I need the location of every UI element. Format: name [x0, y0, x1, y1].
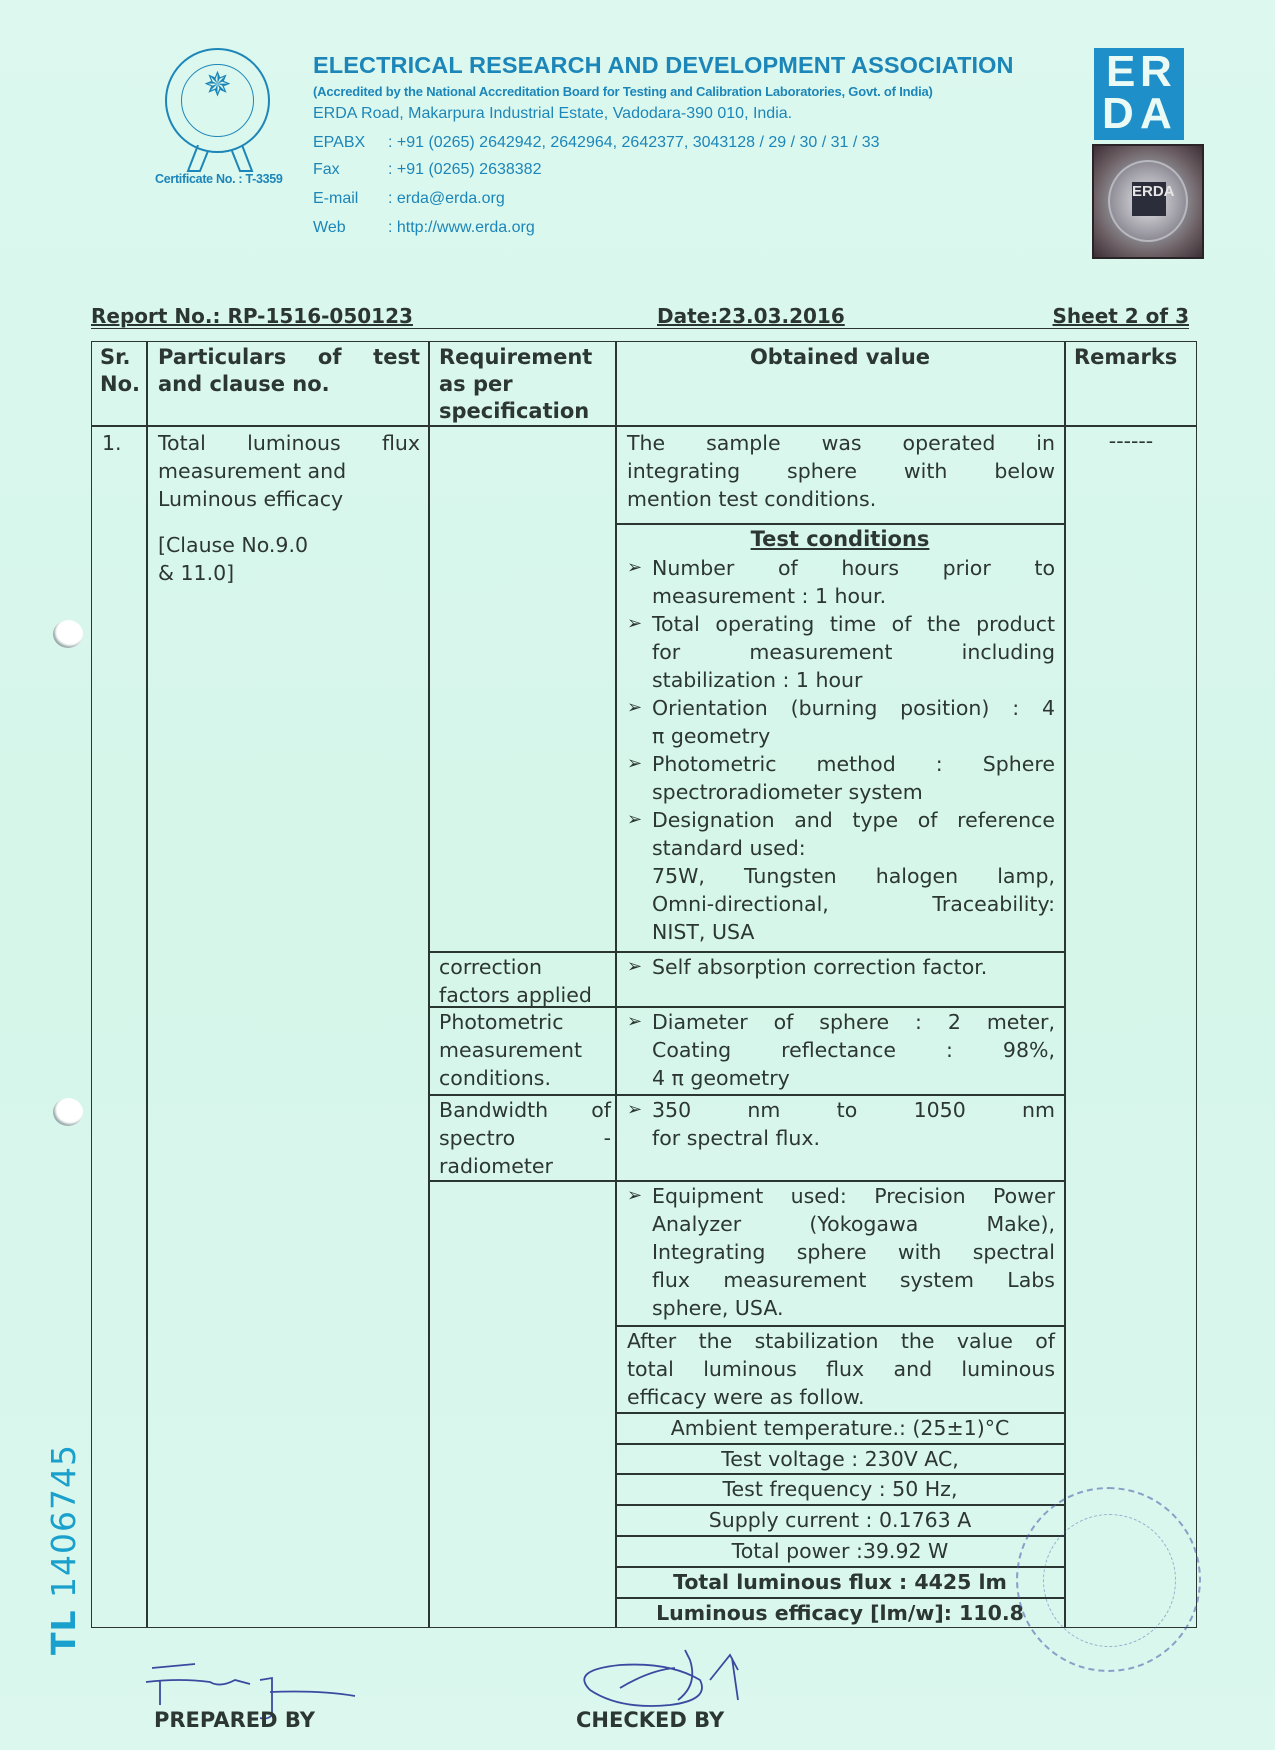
result-row: Luminous efficacy [lm/w]: 110.8 — [616, 1599, 1064, 1627]
contact-epabx: EPABX: +91 (0265) 2642942, 2642964, 2642… — [313, 134, 880, 152]
org-name: ELECTRICAL RESEARCH AND DEVELOPMENT ASSO… — [313, 52, 1014, 79]
erda-logo: E R D A — [1094, 48, 1184, 140]
test-conditions-list: ➢ Number of hours prior tomeasurement : … — [627, 554, 1055, 946]
arrow-bullet-icon: ➢ — [627, 1182, 652, 1322]
arrow-bullet-icon: ➢ — [627, 750, 652, 806]
row-remarks: ------ — [1066, 427, 1196, 455]
report-number: Report No.: RP-1516-050123 — [91, 304, 413, 328]
punch-hole — [53, 620, 83, 648]
punch-hole — [53, 1098, 83, 1126]
arrow-bullet-icon: ➢ — [627, 554, 652, 610]
condition-item: ➢ Number of hours prior tomeasurement : … — [627, 554, 1055, 610]
condition-item: ➢ Photometric method : Spherespectroradi… — [627, 750, 1055, 806]
serial-number: TL 1406745 — [44, 1444, 83, 1655]
arrow-bullet-icon: ➢ — [627, 1008, 652, 1092]
row-particulars: Total luminous flux measurement and Lumi… — [158, 429, 420, 587]
value-correction: ➢Self absorption correction factor. — [627, 953, 1055, 981]
value-photometric: ➢ Diameter of sphere : 2 meter,Coating r… — [627, 1008, 1055, 1092]
certificate-number: Certificate No. : T-3359 — [155, 172, 283, 186]
arrow-bullet-icon: ➢ — [627, 610, 652, 694]
header-remarks: Remarks — [1074, 344, 1194, 371]
prepared-by-label: PREPARED BY — [154, 1708, 315, 1732]
arrow-bullet-icon: ➢ — [627, 694, 652, 750]
contact-email: E-mail: erda@erda.org — [313, 190, 505, 208]
value-equipment: ➢ Equipment used: Precision PowerAnalyze… — [627, 1182, 1055, 1322]
result-row: Supply current : 0.1763 A — [616, 1506, 1064, 1534]
logo-stand-icon — [180, 145, 260, 175]
value-bandwidth: ➢ 350 nm to 1050 nmfor spectral flux. — [627, 1096, 1055, 1152]
report-info-line: Report No.: RP-1516-050123 Date:23.03.20… — [91, 304, 1189, 329]
test-conditions-title: Test conditions — [616, 526, 1064, 553]
org-address: ERDA Road, Makarpura Industrial Estate, … — [313, 105, 792, 123]
arrow-bullet-icon: ➢ — [627, 953, 652, 981]
result-row: Total luminous flux : 4425 lm — [616, 1568, 1064, 1596]
req-photometric: Photometricmeasurementconditions. — [439, 1008, 611, 1092]
condition-item: ➢ Total operating time of the productfor… — [627, 610, 1055, 694]
row-sr-no: 1. — [102, 429, 122, 457]
result-row: Test frequency : 50 Hz, — [616, 1475, 1064, 1503]
header-particulars: Particulars of testand clause no. — [158, 344, 420, 398]
sheet-number: Sheet 2 of 3 — [1053, 304, 1190, 328]
header-obtained-value: Obtained value — [616, 344, 1064, 371]
checked-by-label: CHECKED BY — [576, 1708, 724, 1732]
header-sr-no: Sr.No. — [100, 344, 144, 398]
arrow-bullet-icon: ➢ — [627, 1096, 652, 1152]
report-date: Date:23.03.2016 — [657, 304, 845, 328]
result-row: Ambient temperature.: (25±1)°C — [616, 1414, 1064, 1442]
contact-web: Web: http://www.erda.org — [313, 219, 535, 237]
accreditation-text: (Accredited by the National Accreditatio… — [313, 84, 933, 99]
results-table: Sr.No. Particulars of testand clause no.… — [91, 341, 1197, 1628]
after-stabilization-text: After the stabilization the value oftota… — [627, 1327, 1055, 1411]
condition-item: ➢ Orientation (burning position) : 4π ge… — [627, 694, 1055, 750]
header-requirement: Requirementas perspecification — [439, 344, 609, 425]
star-emblem-icon: ✵ — [167, 68, 268, 102]
intro-text: The sample was operated in integrating s… — [627, 429, 1055, 513]
arrow-bullet-icon: ➢ — [627, 806, 652, 946]
condition-item: ➢ Designation and type of referencestand… — [627, 806, 1055, 946]
hologram-seal: ERDA — [1092, 144, 1204, 259]
result-row: Test voltage : 230V AC, — [616, 1445, 1064, 1473]
contact-fax: Fax: +91 (0265) 2638382 — [313, 161, 541, 179]
req-correction: correctionfactors applied — [439, 953, 611, 1009]
laboratory-stamp — [1016, 1487, 1201, 1672]
req-bandwidth: Bandwidth ofspectro -radiometer — [439, 1096, 611, 1180]
accreditation-logo: ✵ — [165, 48, 270, 153]
result-row: Total power :39.92 W — [616, 1537, 1064, 1565]
